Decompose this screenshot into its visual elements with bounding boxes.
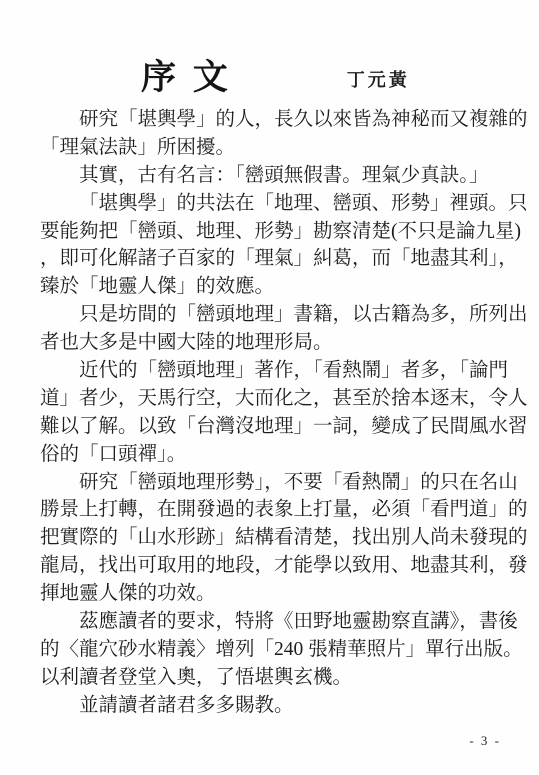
text-line: 俗的「口頭禪」。: [40, 441, 534, 469]
text-line: 揮地靈人傑的功效。: [40, 580, 534, 608]
text-line: 以利讀者登堂入奧，了悟堪輿玄機。: [40, 664, 534, 692]
author-name: 丁元黃: [347, 66, 410, 92]
text-line: 其實，古有名言：「巒頭無假書。理氣少真訣。」: [40, 162, 534, 190]
text-line: 道」者少，天馬行空，大而化之，甚至於捨本逐末，令人: [40, 385, 534, 413]
text-line: 研究「堪輿學」的人，長久以來皆為神秘而又複雜的: [40, 106, 534, 134]
text-line: 近代的「巒頭地理」著作，「看熱鬧」者多，「論門: [40, 357, 534, 385]
book-page: 序 文 丁元黃 研究「堪輿學」的人，長久以來皆為神秘而又複雜的 「理氣法訣」所困…: [0, 0, 539, 775]
text-line: ，即可化解諸子百家的「理氣」糾葛，而「地盡其利」，: [40, 245, 534, 273]
body-text: 研究「堪輿學」的人，長久以來皆為神秘而又複雜的 「理氣法訣」所困擾。 其實，古有…: [40, 106, 534, 720]
text-line: 並請讀者諸君多多賜教。: [40, 692, 534, 720]
text-line: 龍局，找出可取用的地段，才能學以致用、地盡其利，發: [40, 552, 534, 580]
text-line: 的〈龍穴砂水精義〉增列「240 張精華照片」單行出版。: [40, 636, 534, 664]
text-line: 茲應讀者的要求，特將《田野地靈勘察直講》，書後: [40, 608, 534, 636]
text-line: 要能夠把「巒頭、地理、形勢」勘察清楚(不只是論九星): [40, 218, 534, 246]
text-line: 「理氣法訣」所困擾。: [40, 134, 534, 162]
text-line: 者也大多是中國大陸的地理形局。: [40, 329, 534, 357]
page-number: - 3 -: [469, 733, 501, 749]
text-line: 「堪輿學」的共法在「地理、巒頭、形勢」裡頭。只: [40, 190, 534, 218]
text-line: 研究「巒頭地理形勢」，不要「看熱鬧」的只在名山: [40, 469, 534, 497]
text-line: 把實際的「山水形跡」結構看清楚，找出別人尚未發現的: [40, 524, 534, 552]
text-line: 只是坊間的「巒頭地理」書籍，以古籍為多，所列出: [40, 301, 534, 329]
text-line: 臻於「地靈人傑」的效應。: [40, 273, 534, 301]
page-title: 序 文: [141, 50, 229, 100]
title-row: 序 文 丁元黃: [141, 50, 410, 100]
text-line: 勝景上打轉，在開發過的表象上打量，必須「看門道」的: [40, 496, 534, 524]
text-line: 難以了解。以致「台灣沒地理」一詞，變成了民間風水習: [40, 413, 534, 441]
